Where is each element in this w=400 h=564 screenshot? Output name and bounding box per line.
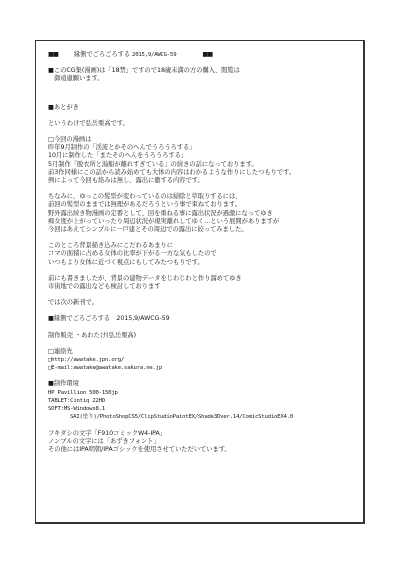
environment-heading: ■制作環境 [48, 380, 357, 388]
environment-tablet: TABLET:Cintiq 22HD [48, 397, 357, 405]
contact-heading: □連絡先 [48, 348, 357, 356]
environment-pc: HP Pavillion 500-150jp [48, 389, 357, 397]
contact-url[interactable]: □http://awatake.jpn.org/ [48, 356, 357, 364]
header-marks-right: ■■ [202, 51, 212, 58]
paragraph-future: 前にも書きましたが、背景の建物データをじわじわと作り溜めてゆき 市街地での露出な… [48, 275, 357, 291]
environment-software: SAI(塗り)/PhotoShopCS5/ClipStudioPaintEX/S… [48, 413, 357, 421]
afterword-content: ■■ 縁側でごろごろする 2015,9/AWCG-59 ■■ ■このCG集(漫画… [48, 51, 357, 454]
paragraph-line: 前3作同様にこの話から読み始めても大体の内容はわかるような作りにしたつもりです。 [48, 169, 357, 177]
document-header: ■■ 縁側でごろごろする 2015,9/AWCG-59 ■■ [48, 51, 357, 59]
paragraph-this-issue: □今回の漫画は 昨年9月制作の「渓流とかそのへんでうろうろする」 10月に制作し… [48, 136, 357, 185]
afterword-heading: ■あとがき [48, 104, 357, 112]
paragraph-line: 痴女度が上がっていったり周辺状況が現実離れしてゆく…という展開がありますが [48, 218, 357, 226]
paragraph-hairstyle: ちなみに、ゆっこの髪型が変わっているのは掃除と草取りするには、 前回の髪型のまま… [48, 193, 357, 234]
paragraph-line: 今回はあえてシンプルに一戸建とその周辺での露出に絞ってみました。 [48, 226, 357, 234]
paragraph-line: □今回の漫画は [48, 136, 357, 144]
afterword-frame: ■■ 縁側でごろごろする 2015,9/AWCG-59 ■■ ■このCG集(漫画… [35, 40, 365, 524]
age-warning-line-2: 御遠慮願います。 [48, 75, 357, 83]
paragraph-viewpoint: このところ背景描き込みにこだわるあまりに コマの面積に占める女体の比率が下がる一… [48, 242, 357, 267]
paragraph-line: 野外露出続き物漫画の定番として、回を重ねる事に露出状況が過激になってゆき [48, 210, 357, 218]
contact-email[interactable]: □E-mail:awatake@awatake.sakura.ne.jp [48, 364, 357, 372]
colophon-producer: 制作販売 ・あわたけ(弘岳栗高) [48, 332, 357, 340]
paragraph-line: 10月に制作した「またそのへんをうろうろする」 [48, 152, 357, 160]
paragraph-line: 市街地での露出なども検討しております [48, 283, 357, 291]
colophon-title: ■縁側でごろごろする 2015,9/AWCG-59 [48, 315, 357, 323]
afterword-intro: というわけで弘岳栗高です。 [48, 120, 357, 128]
closing-line: では次の新刊で。 [48, 299, 357, 307]
paragraph-line: 5月制作「脱衣所と湯船が離れすぎている」の続きの話になっております。 [48, 161, 357, 169]
paragraph-line: 前にも書きましたが、背景の建物データをじわじわと作り溜めてゆき [48, 275, 357, 283]
header-issue: 2015,9/AWCG-59 [132, 52, 176, 58]
paragraph-line: 前回の髪型のままでは無理があるだろうという事で束ねております。 [48, 201, 357, 209]
font-credit-line: ノンブルの文字には「あずきフォント」 [48, 438, 357, 446]
font-credits: フキダシの文字「F910コミックW4-IPA」 ノンブルの文字には「あずきフォン… [48, 430, 357, 455]
environment-os: SOFT:MS-Windows8.1 [48, 405, 357, 413]
paragraph-line: コマの面積に占める女体の比率が下がる一方な気もしたので [48, 250, 357, 258]
paragraph-line: いつもより女体に近づく視点にもしてみたつもりです。 [48, 259, 357, 267]
paragraph-line: 例によって今回も絡みは無し、露出に徹する内容です。 [48, 177, 357, 185]
header-marks-left: ■■ [48, 51, 58, 58]
font-credit-line: フキダシの文字「F910コミックW4-IPA」 [48, 430, 357, 438]
header-title: 縁側でごろごろする [74, 51, 130, 58]
font-credit-line: その他にはIPA明朝/IPAゴシックを使用させていただいています。 [48, 446, 357, 454]
